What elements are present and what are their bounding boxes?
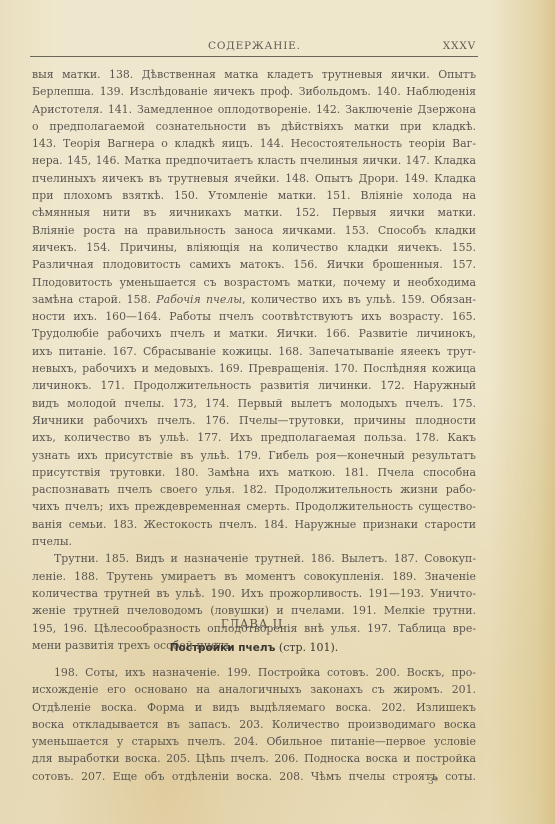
- text-line: при плохомъ взяткѣ. 150. Утомленіе матки…: [32, 187, 476, 204]
- text-line: присутствія трутовки. 180. Замѣна ихъ ма…: [32, 464, 476, 481]
- text-line: сѣмянныя нити въ яичникахъ матки. 152. П…: [32, 204, 476, 221]
- chapter-page-ref: (стр. 101).: [275, 641, 338, 654]
- text-line: Вліяніе роста на правильность заноса яич…: [32, 222, 476, 239]
- text-line: исхожденіе его основано на аналогичныхъ …: [32, 681, 476, 698]
- text-line: Отдѣленіе воска. Форма и видъ выдѣляемаг…: [32, 699, 476, 716]
- text-line: ихъ питаніе. 167. Сбрасываніе кожицы. 16…: [32, 343, 476, 360]
- text-line: пчелиныхъ яичекъ въ трутневыя ячейки. 14…: [32, 170, 476, 187]
- text-line: количества трутней въ ульѣ. 190. Ихъ про…: [32, 585, 476, 602]
- text-line: ванія семьи. 183. Жестокость пчелъ. 184.…: [32, 516, 476, 533]
- text-line: яичекъ. 154. Причины, вліяющія на количе…: [32, 239, 476, 256]
- text-line: чихъ пчелъ; ихъ преждевременная смерть. …: [32, 498, 476, 515]
- text-line: леніе. 188. Трутень умираетъ въ моментъ …: [32, 568, 476, 585]
- chapter-title-bold: Постройки пчелъ: [170, 642, 276, 654]
- text-line: ности ихъ. 160—164. Работы пчелъ соотвѣт…: [32, 308, 476, 325]
- text-line: воска откладывается въ запасъ. 203. Коли…: [32, 716, 476, 733]
- chapter-heading: ГЛАВА II.: [30, 617, 478, 631]
- text-line: Трутни. 185. Видъ и назначеніе трутней. …: [32, 550, 476, 567]
- text-line: Яичники рабочихъ пчелъ. 176. Пчелы—труто…: [32, 412, 476, 429]
- contents-section-1: выя матки. 138. Дѣвственная матка кладет…: [32, 66, 476, 654]
- text-line: видъ молодой пчелы. 173, 174. Первый выл…: [32, 395, 476, 412]
- chapter-subtitle: Постройки пчелъ (стр. 101).: [30, 641, 478, 654]
- text-line: Трудолюбіе рабочихъ пчелъ и матки. Яички…: [32, 325, 476, 342]
- text-fragment: замѣна старой. 158.: [32, 293, 156, 306]
- text-line: 143. Теорія Вагнера о кладкѣ яицъ. 144. …: [32, 135, 476, 152]
- text-line: о предполагаемой сознательности въ дѣйст…: [32, 118, 476, 135]
- text-line: для выработки воска. 205. Цѣпь пчелъ. 20…: [32, 750, 476, 767]
- text-line: Берлепша. 139. Изслѣдованіе яичекъ проф.…: [32, 83, 476, 100]
- text-line: нера. 145, 146. Матка предпочитаетъ клас…: [32, 152, 476, 169]
- text-line: выя матки. 138. Дѣвственная матка кладет…: [32, 66, 476, 83]
- text-fragment: , количество ихъ въ ульѣ. 159. Обязан-: [242, 293, 476, 306]
- contents-section-2: 198. Соты, ихъ назначеніе. 199. Постройк…: [32, 664, 476, 785]
- italic-subheading-worker-bees: Рабочія пчелы: [156, 293, 242, 306]
- running-head: СОДЕРЖАНІЕ. XXXV: [30, 40, 478, 57]
- text-line: Аристотеля. 141. Замедленное оплодотворе…: [32, 101, 476, 118]
- page-number: XXXV: [443, 40, 476, 52]
- text-line-worker-bees: замѣна старой. 158. Рабочія пчелы, колич…: [32, 291, 476, 308]
- text-line: 198. Соты, ихъ назначеніе. 199. Постройк…: [32, 664, 476, 681]
- text-line: ихъ, количество въ ульѣ. 177. Ихъ предпо…: [32, 429, 476, 446]
- text-line: Различная плодовитость самихъ матокъ. 15…: [32, 256, 476, 273]
- text-line: уменьшается у старыхъ пчелъ. 204. Обильн…: [32, 733, 476, 750]
- text-line: пчелы.: [32, 533, 476, 550]
- text-line: Плодовитость уменьшается съ возрастомъ м…: [32, 274, 476, 291]
- text-line: личинокъ. 171. Продолжительность развиті…: [32, 377, 476, 394]
- text-line: невыхъ, рабочихъ и медовыхъ. 169. Превра…: [32, 360, 476, 377]
- text-line: распознавать пчелъ своего улья. 182. Про…: [32, 481, 476, 498]
- running-head-title: СОДЕРЖАНІЕ.: [208, 40, 301, 52]
- text-line: сотовъ. 207. Еще объ отдѣленіи воска. 20…: [32, 768, 476, 785]
- text-line: узнать ихъ присутствіе въ ульѣ. 179. Гиб…: [32, 447, 476, 464]
- signature-mark: 3*: [428, 777, 438, 787]
